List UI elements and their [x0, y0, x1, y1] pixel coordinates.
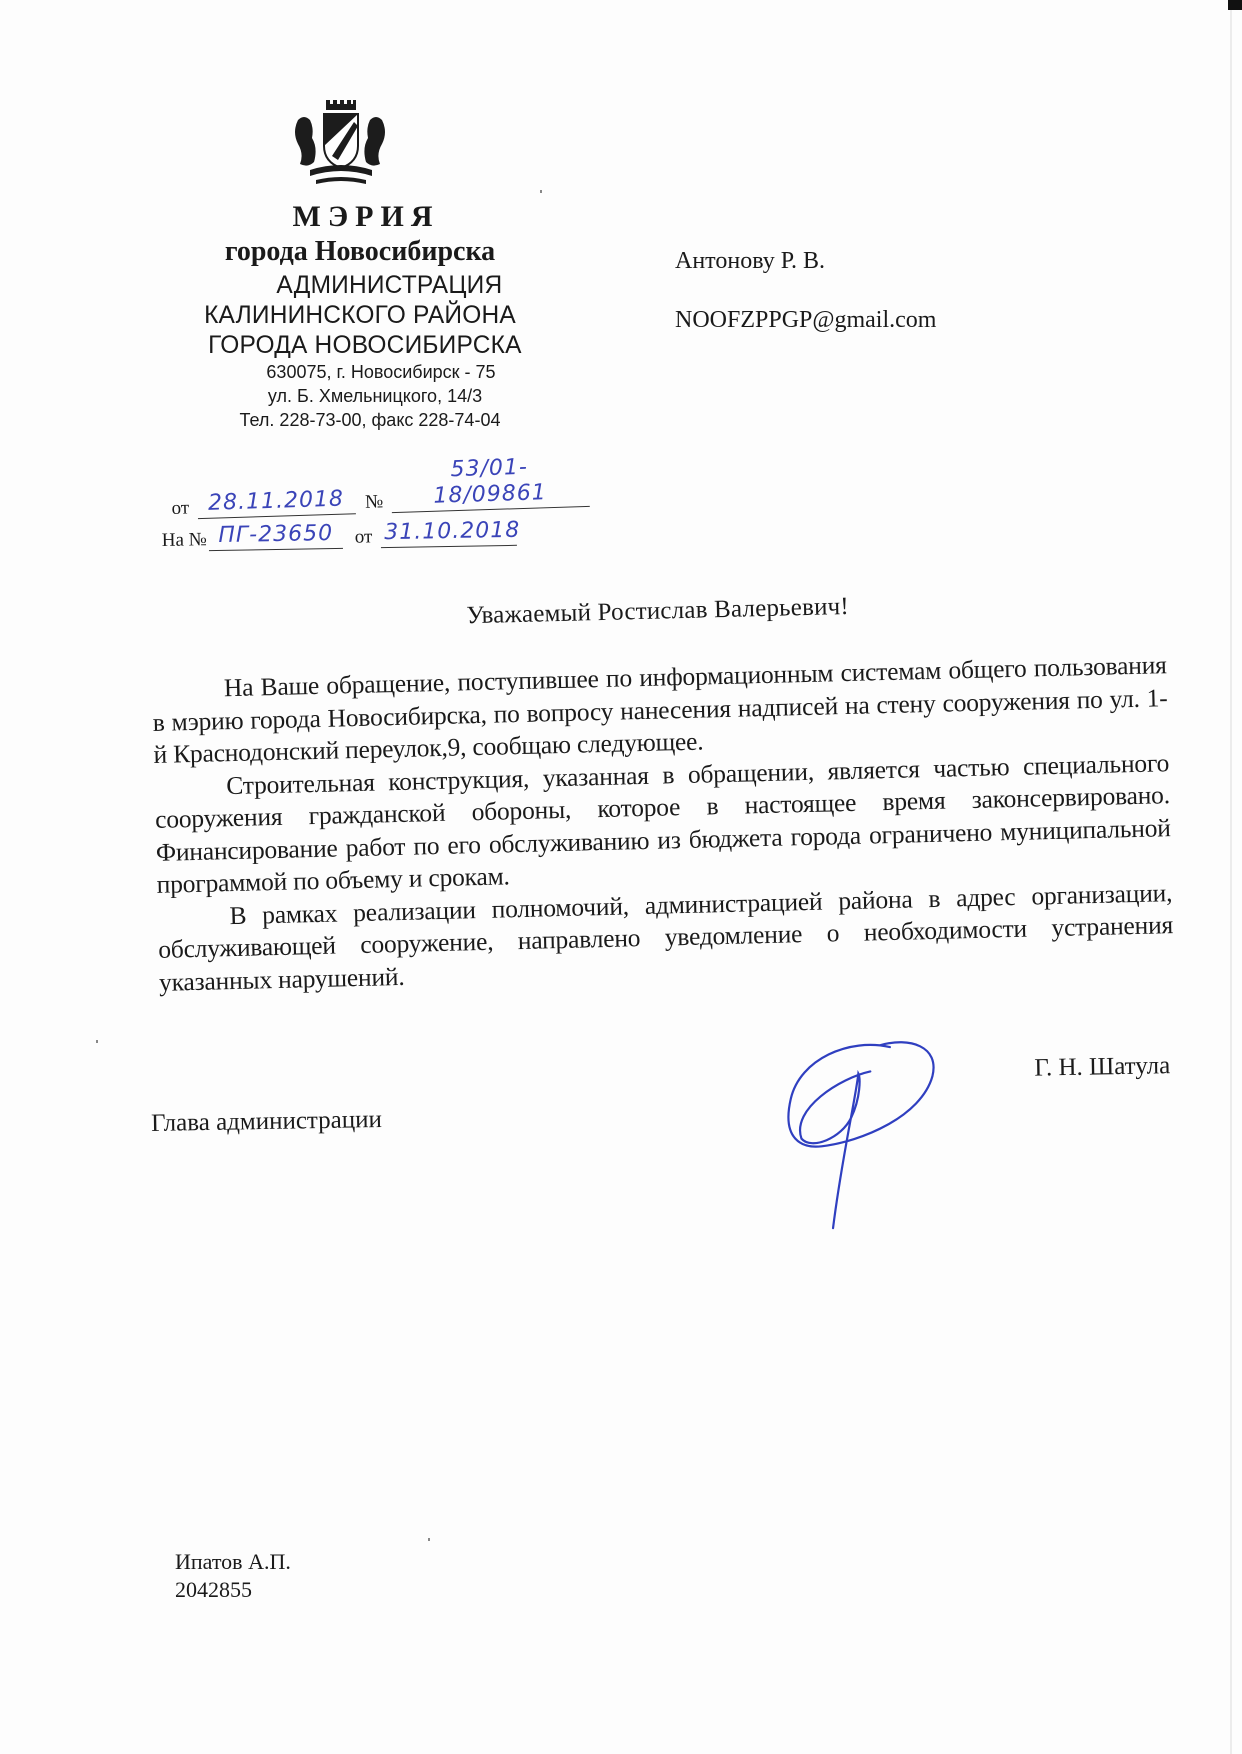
signer-position: Глава администрации	[151, 1106, 382, 1138]
handwritten-signature-icon	[760, 1036, 953, 1239]
address-postal: 630075, г. Новосибирск - 75	[145, 360, 575, 384]
address-street: ул. Б. Хмельницкого, 14/3	[145, 384, 575, 408]
mayor-office-title: МЭРИЯ	[145, 200, 575, 234]
signature-block: Глава администрации Г. Н. Шатула	[150, 1042, 1173, 1260]
admin-line-3: ГОРОДА НОВОСИБИРСКА	[149, 330, 570, 360]
scan-corner-mark	[1228, 0, 1242, 10]
address-phone-fax: Тел. 228-73-00, факс 228-74-04	[145, 408, 575, 432]
admin-line-1: АДМИНИСТРАЦИЯ	[149, 270, 570, 300]
signer-name: Г. Н. Шатула	[1034, 1052, 1170, 1082]
scan-speck	[428, 1538, 430, 1541]
recipient-name: Антонову Р. В.	[675, 248, 936, 275]
outgoing-date: 28.11.2018	[197, 486, 356, 519]
coat-of-arms-icon	[288, 100, 392, 190]
number-label: №	[365, 491, 384, 514]
executor-phone: 2042855	[175, 1576, 291, 1604]
executor-block: Ипатов А.П. 2042855	[175, 1548, 291, 1604]
reply-to-number: ПГ-23650	[209, 521, 343, 551]
from-label: от	[171, 497, 189, 520]
reply-from-label: от	[355, 526, 373, 548]
reply-registration: На № ПГ-23650 от 31.10.2018	[162, 518, 517, 552]
admin-line-2: КАЛИНИНСКОГО РАЙОНА	[149, 300, 570, 330]
executor-name: Ипатов А.П.	[175, 1548, 291, 1576]
letterhead: МЭРИЯ города Новосибирска АДМИНИСТРАЦИЯ …	[145, 200, 575, 432]
reply-to-date: 31.10.2018	[380, 518, 516, 548]
outgoing-registration: от 28.11.2018 № 53/01-18/09861	[170, 453, 589, 520]
reply-to-label: На №	[162, 529, 207, 552]
city-title: города Новосибирска	[145, 234, 575, 270]
salutation: Уважаемый Ростислав Валерьевич!	[150, 585, 1165, 638]
scan-speck	[540, 190, 542, 193]
scan-speck	[96, 1040, 98, 1043]
letter-body: Уважаемый Ростислав Валерьевич! На Ваше …	[150, 585, 1174, 999]
recipient-email: NOOFZPPGP@gmail.com	[675, 307, 936, 334]
paragraph-2: Строительная конструкция, указанная в об…	[154, 747, 1172, 902]
recipient-block: Антонову Р. В. NOOFZPPGP@gmail.com	[675, 248, 936, 334]
scan-page-edge	[1230, 0, 1232, 1754]
outgoing-number: 53/01-18/09861	[390, 453, 590, 513]
